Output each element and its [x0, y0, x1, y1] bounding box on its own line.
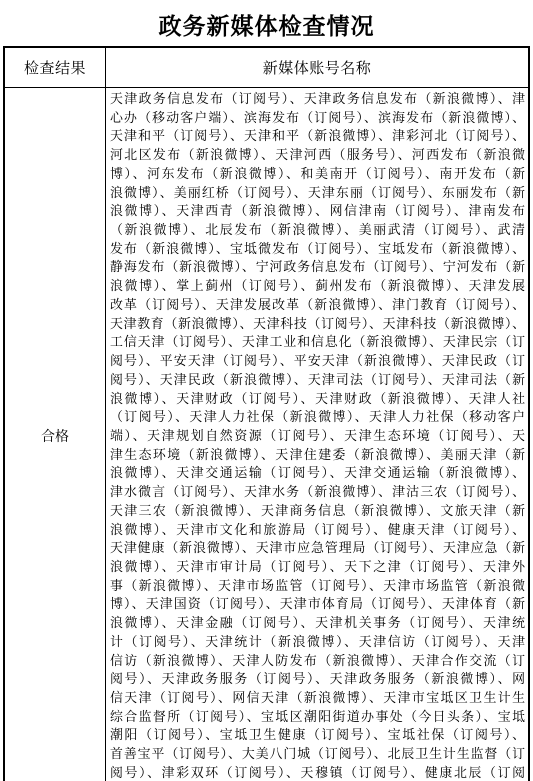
account-list-cell: 天津政务信息发布（订阅号）、天津政务信息发布（新浪微博）、津心办（移动客户端）、… [106, 88, 528, 781]
account-list-line: 浪微博）、天津市审计局（订阅号）、天下之津（订阅号）、天津外 [110, 558, 525, 577]
account-list-line: 天津三农（新浪微博）、天津商务信息（新浪微博）、文旅天津（新 [110, 502, 525, 521]
inspection-table: 检查结果 新媒体账号名称 合格 天津政务信息发布（订阅号）、天津政务信息发布（新… [3, 46, 530, 781]
account-list-line: 工信天津（订阅号）、天津工业和信息化（新浪微博）、天津民宗（订 [110, 333, 525, 352]
account-list-line: 津水微言（订阅号）、天津水务（新浪微博）、津沽三农（订阅号）、 [110, 483, 525, 502]
account-list-line: 河北区发布（新浪微博）、天津河西（服务号）、河西发布（新浪微 [110, 146, 525, 165]
account-list-line: 事（新浪微博）、天津市场监管（订阅号）、天津市场监管（新浪微 [110, 577, 525, 596]
account-list-line: 浪微博）、天津市文化和旅游局（订阅号）、健康天津（订阅号）、 [110, 521, 525, 540]
account-list-line: （订阅号）、天津人力社保（新浪微博）、天津人力社保（移动客户 [110, 408, 525, 427]
account-list-line: （新浪微博）、北辰发布（新浪微博）、美丽武清（订阅号）、武清 [110, 221, 525, 240]
account-list-line: 阅号）、平安天津（订阅号）、平安天津（新浪微博）、天津民政（订 [110, 352, 525, 371]
account-list-line: 改革（订阅号）、天津发展改革（新浪微博）、津门教育（订阅号）、 [110, 296, 525, 315]
account-list-line: 阅号）、天津政务服务（订阅号）、天津政务服务（新浪微博）、网 [110, 670, 525, 689]
account-list-line: 端）、天津规划自然资源（订阅号）、天津生态环境（订阅号）、天 [110, 427, 525, 446]
inspection-result-cell: 合格 [5, 88, 106, 781]
table-body-row: 合格 天津政务信息发布（订阅号）、天津政务信息发布（新浪微博）、津心办（移动客户… [5, 88, 528, 781]
account-list-line: 信访（新浪微博）、天津人防发布（新浪微博）、天津合作交流（订 [110, 652, 525, 671]
account-list-line: 博）、天津国资（订阅号）、天津市体育局（订阅号）、天津体育（新 [110, 595, 525, 614]
account-list-line: 阅号）、天津民政（新浪微博）、天津司法（订阅号）、天津司法（新 [110, 371, 525, 390]
account-list-line: 心办（移动客户端）、滨海发布（订阅号）、滨海发布（新浪微博）、 [110, 109, 525, 128]
document-page: 政务新媒体检查情况 检查结果 新媒体账号名称 合格 天津政务信息发布（订阅号）、… [0, 0, 533, 781]
account-list-line: 博）、河东发布（新浪微博）、和美南开（订阅号）、南开发布（新 [110, 165, 525, 184]
account-list-line: 静海发布（新浪微博）、宁河政务信息发布（订阅号）、宁河发布（新 [110, 258, 525, 277]
account-list-line: 计（订阅号）、天津统计（新浪微博）、天津信访（订阅号）、天津 [110, 633, 525, 652]
account-list-line: 浪微博）、天津财政（订阅号）、天津财政（新浪微博）、天津人社 [110, 390, 525, 409]
account-list-line: 潮阳（订阅号）、宝坻卫生健康（订阅号）、宝坻社保（订阅号）、 [110, 726, 525, 745]
header-cell-account-name: 新媒体账号名称 [106, 48, 528, 87]
account-list-line: 浪微博）、掌上蓟州（订阅号）、蓟州发布（新浪微博）、天津发展 [110, 277, 525, 296]
account-list-line: 发布（新浪微博）、宝坻微发布（订阅号）、宝坻发布（新浪微博）、 [110, 240, 525, 259]
account-list-line: 首善宝平（订阅号）、大美八门城（订阅号）、北辰卫生计生监督（订 [110, 745, 525, 764]
page-title: 政务新媒体检查情况 [0, 0, 533, 38]
account-list-line: 综合监督所（订阅号）、宝坻区潮阳街道办事处（今日头条）、宝坻 [110, 708, 525, 727]
account-list-line: 天津健康（新浪微博）、天津市应急管理局（订阅号）、天津应急（新 [110, 539, 525, 558]
table-header-row: 检查结果 新媒体账号名称 [5, 48, 528, 88]
account-list-line: 天津和平（订阅号）、天津和平（新浪微博）、津彩河北（订阅号）、 [110, 127, 525, 146]
account-list-line: 信天津（订阅号）、网信天津（新浪微博）、天津市宝坻区卫生计生 [110, 689, 525, 708]
account-list-line: 浪微博）、天津金融（订阅号）、天津机关事务（订阅号）、天津统 [110, 614, 525, 633]
account-list-line: 浪微博）、天津西青（新浪微博）、网信津南（订阅号）、津南发布 [110, 202, 525, 221]
account-list-line: 天津政务信息发布（订阅号）、天津政务信息发布（新浪微博）、津 [110, 90, 525, 109]
account-list-line: 天津教育（新浪微博）、天津科技（订阅号）、天津科技（新浪微博）、 [110, 315, 525, 334]
account-list-line: 津生态环境（新浪微博）、天津住建委（新浪微博）、美丽天津（新 [110, 446, 525, 465]
header-cell-inspection-result: 检查结果 [5, 48, 106, 87]
account-list-line: 浪微博）、天津交通运输（订阅号）、天津交通运输（新浪微博）、 [110, 464, 525, 483]
account-list-line: 阅号）、津彩双环（订阅号）、天穆镇（订阅号）、健康北辰（订阅 [110, 764, 525, 781]
account-list-line: 浪微博）、美丽红桥（订阅号）、天津东丽（订阅号）、东丽发布（新 [110, 184, 525, 203]
